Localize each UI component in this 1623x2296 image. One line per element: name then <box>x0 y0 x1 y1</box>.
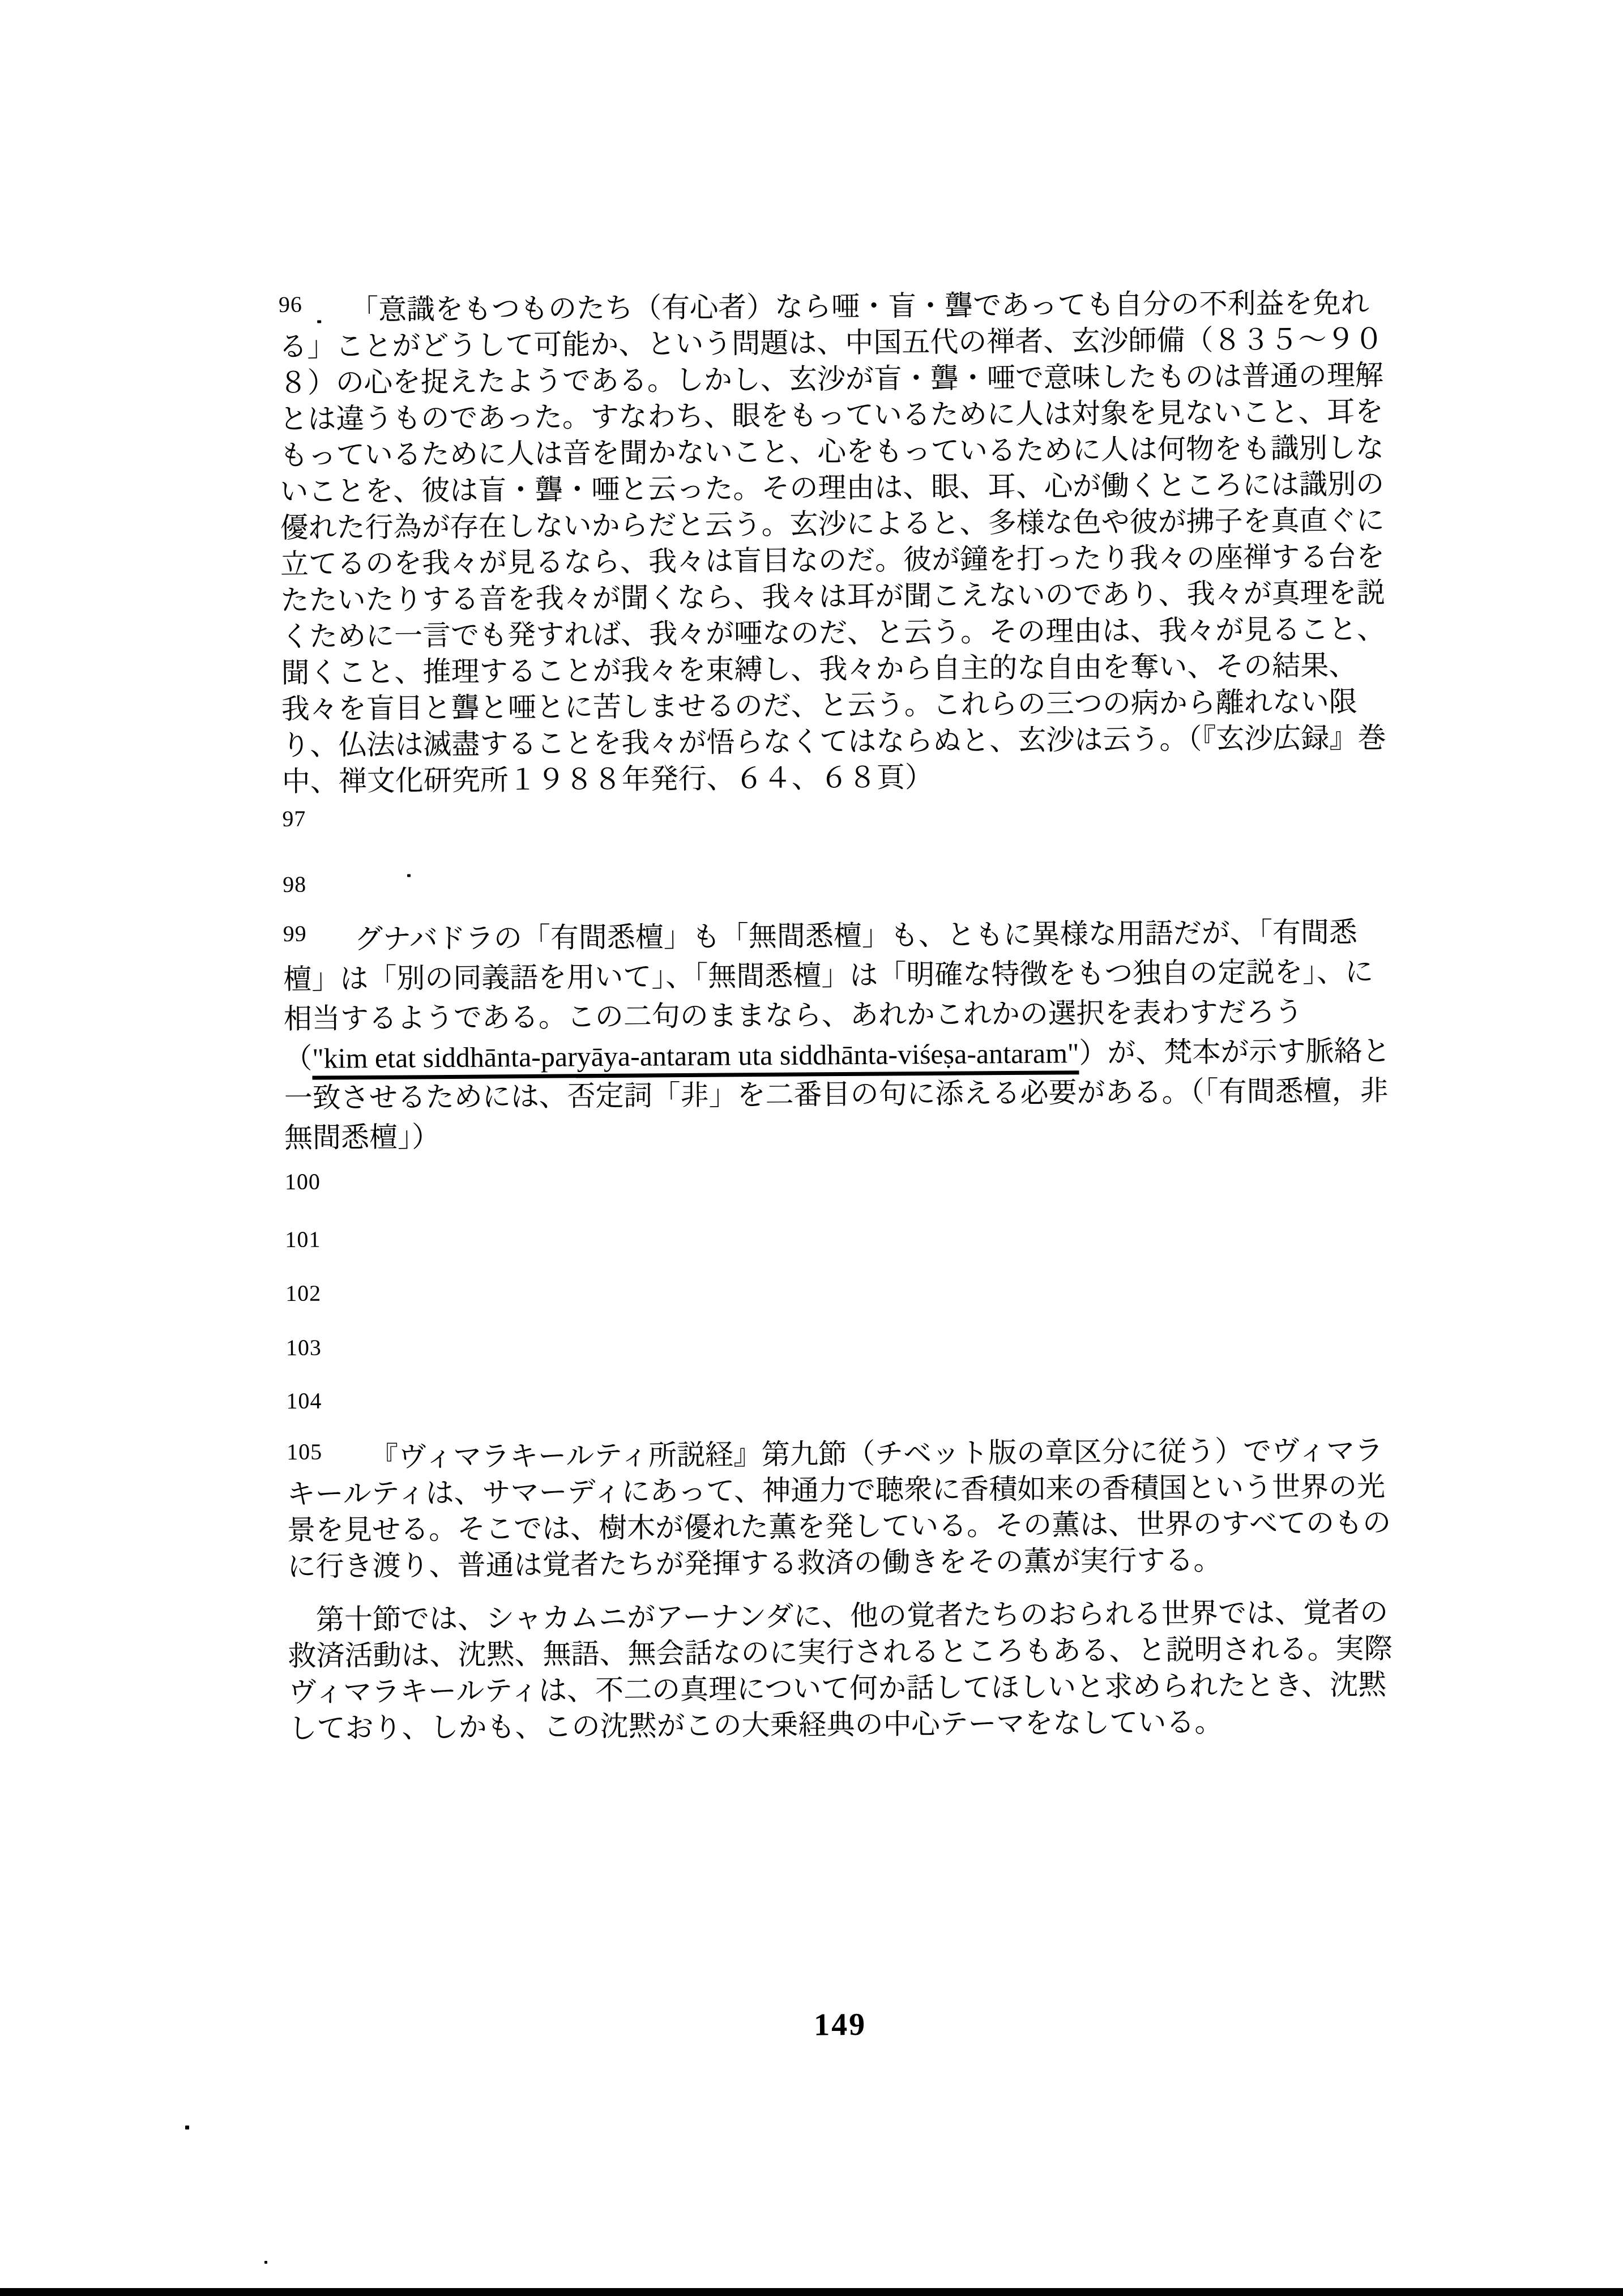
scan-speck <box>185 2126 189 2129</box>
scan-speck <box>407 874 411 877</box>
footnote-100-number: 100 <box>285 1169 321 1194</box>
footnote-99-number: 99 <box>283 921 307 946</box>
footnote-102-number: 102 <box>285 1281 321 1306</box>
footnote-96-text: 「意識をもつものたち（有心者）なら唖・盲・聾であっても自分の不利益を免れる」こと… <box>279 287 1386 797</box>
footnote-103-number: 103 <box>286 1335 322 1360</box>
footnote-100: 100 <box>285 1162 1394 1206</box>
footnote-105-paragraph-2-text: 第十節では、シャカムニがアーナンダに、他の覚者たちのおられる世界では、覚者の救済… <box>288 1596 1392 1744</box>
footnote-102: 102 <box>285 1273 1394 1317</box>
footnote-104: 104 <box>286 1381 1395 1425</box>
footnote-96: 96「意識をもつものたち（有心者）なら唖・盲・聾であっても自分の不利益を免れる」… <box>279 284 1391 800</box>
footnote-105-paragraph-1: 105『ヴィマラキールティ所説経』第九節（チベット版の章区分に従う）でヴィマラキ… <box>287 1432 1396 1585</box>
sanskrit-quote-underlined: "kim etat siddhānta-paryāya-antaram uta … <box>312 1037 1079 1079</box>
footnote-97: 97 <box>282 799 1391 843</box>
footnote-98-number: 98 <box>283 872 306 897</box>
page-number: 149 <box>814 2007 866 2043</box>
footnote-98: 98 <box>283 864 1391 908</box>
page-content: 96「意識をもつものたち（有心者）なら唖・盲・聾であっても自分の不利益を免れる」… <box>0 0 1623 2296</box>
footnote-99: 99グナバドラの「有間悉檀」も「無間悉檀」も、ともに異様な用語だが、「有間悉檀」… <box>283 912 1394 1158</box>
footnote-105-paragraph-1-text: 『ヴィマラキールティ所説経』第九節（チベット版の章区分に従う）でヴィマラキールテ… <box>287 1434 1391 1582</box>
footnote-105-number: 105 <box>287 1439 322 1465</box>
scan-speck <box>317 320 321 323</box>
footnote-96-number: 96 <box>279 292 302 317</box>
footnote-105-paragraph-2: 第十節では、シャカムニがアーナンダに、他の覚者たちのおられる世界では、覚者の救済… <box>288 1594 1398 1747</box>
footnote-101-number: 101 <box>285 1227 321 1252</box>
footnote-104-number: 104 <box>286 1388 322 1414</box>
scan-edge-bar <box>0 2288 1623 2296</box>
footnote-101: 101 <box>285 1219 1394 1264</box>
footnote-97-number: 97 <box>282 806 306 831</box>
scanned-document-page: 96「意識をもつものたち（有心者）なら唖・盲・聾であっても自分の不利益を免れる」… <box>0 0 1623 2296</box>
footnote-105: 105『ヴィマラキールティ所説経』第九節（チベット版の章区分に従う）でヴィマラキ… <box>287 1432 1398 1747</box>
footnote-103: 103 <box>286 1328 1395 1372</box>
scan-speck <box>264 2261 267 2264</box>
